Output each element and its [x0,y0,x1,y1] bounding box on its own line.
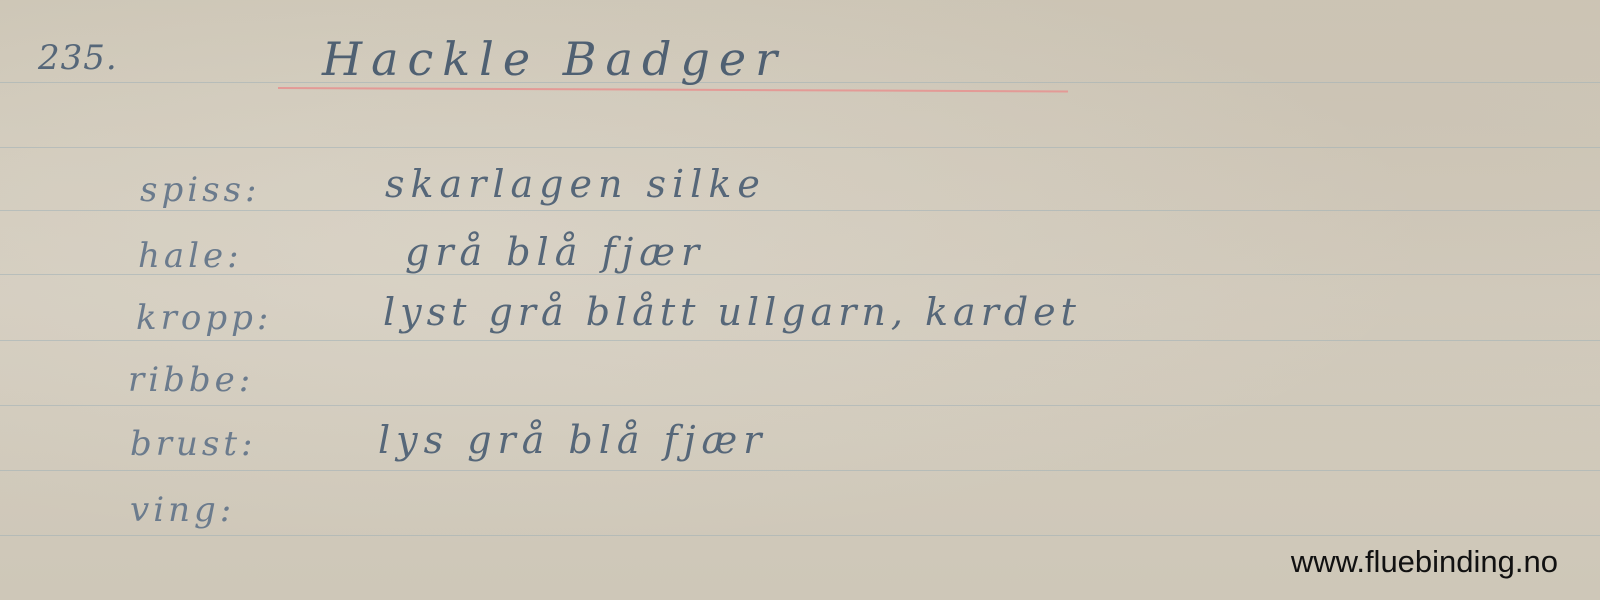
ruled-line [0,147,1600,148]
row-label: ving: [130,490,235,530]
ruled-line [0,535,1600,536]
ruled-line [0,340,1600,341]
entry-number: 235. [38,38,118,78]
ruled-line [0,210,1600,211]
row-label: ribbe: [128,360,254,400]
row-value: lyst grå blått ullgarn, kardet [383,290,1081,334]
pattern-title: Hackle Badger [322,32,786,86]
row-label: hale: [138,236,243,276]
row-label: kropp: [136,298,272,338]
row-value: grå blå fjær [405,230,705,274]
watermark-link: www.fluebinding.no [1291,544,1558,580]
row-label: brust: [130,424,256,464]
ruled-line [0,470,1600,471]
ruled-line [0,82,1600,83]
row-value: skarlagen silke [385,162,766,206]
title-underline [278,87,1068,92]
row-value: lys grå blå fjær [378,418,767,462]
notebook-page: 235. Hackle Badger spiss: skarlagen silk… [0,0,1600,600]
row-label: spiss: [140,170,260,210]
ruled-line [0,405,1600,406]
